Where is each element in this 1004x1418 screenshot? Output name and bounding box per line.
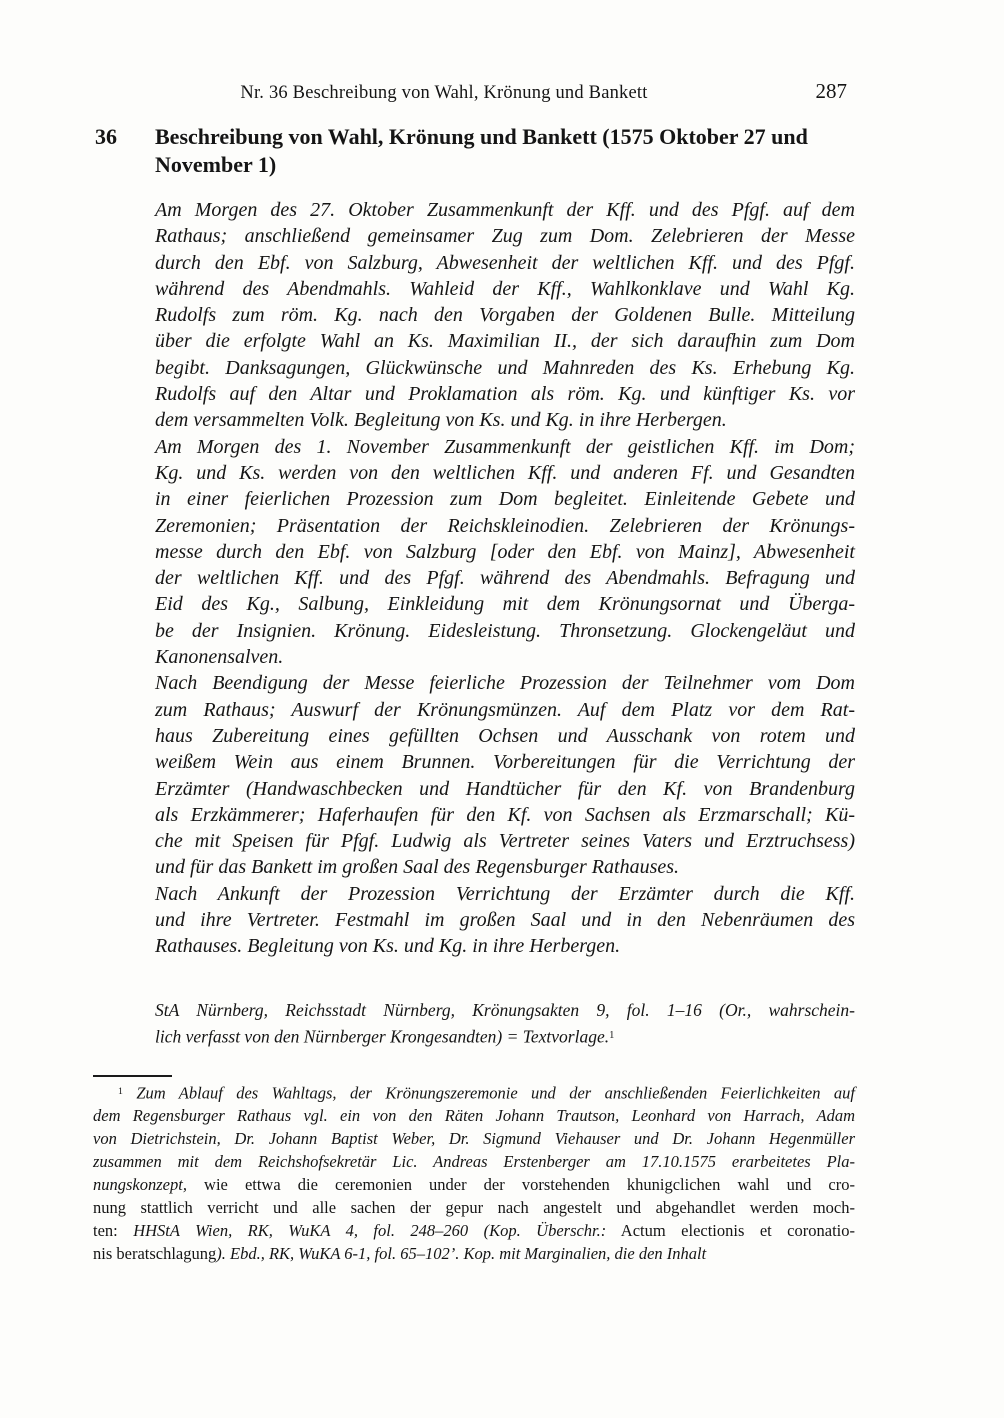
summary-text: Am Morgen des 27. Oktober Zusammenkunft … <box>155 197 855 960</box>
text-line: che mit Speisen für Pfgf. Ludwig als Ver… <box>155 828 855 854</box>
text-line: und für das Bankett im großen Saal des R… <box>155 854 855 880</box>
text-line: Rudolfs auf den Altar und Proklamation a… <box>155 381 855 407</box>
text-line: nis beratschlagung). Ebd., RK, WuKA 6-1,… <box>93 1242 855 1265</box>
text-line: nungskonzept, wie ettwa die ceremonien u… <box>93 1173 855 1196</box>
text-line: begibt. Danksagungen, Glückwünsche und M… <box>155 355 855 381</box>
text-line: Zeremonien; Präsentation der Reichsklein… <box>155 513 855 539</box>
text-segment: HHStA Wien, RK, WuKA 4, fol. 248–260 (Ko… <box>118 1221 607 1240</box>
text-line: Nach Ankunft der Prozession Verrichtung … <box>155 881 855 907</box>
text-line: über die erfolgte Wahl an Ks. Maximilian… <box>155 328 855 354</box>
text-line: zusammen mit dem Reichshofsekretär Lic. … <box>93 1150 855 1173</box>
text-segment: nungskonzept, <box>93 1175 187 1194</box>
text-line: zum Rathaus; Auswurf der Krönungsmünzen.… <box>155 697 855 723</box>
footnote-separator <box>93 1075 172 1077</box>
text-line: weißem Wein aus einem Brunnen. Vorbereit… <box>155 749 855 775</box>
summary-paragraph: Am Morgen des 1. November Zusammenkunft … <box>155 434 855 671</box>
text-segment: Actum electionis et coronatio- <box>606 1221 855 1240</box>
text-line: in einer feierlichen Prozession zum Dom … <box>155 486 855 512</box>
text-segment: ten: <box>93 1221 118 1240</box>
page-number: 287 <box>816 80 848 102</box>
text-line: ten: HHStA Wien, RK, WuKA 4, fol. 248–26… <box>93 1219 855 1242</box>
text-line: lich verfasst von den Nürnberger Kronges… <box>155 1023 855 1050</box>
text-line: während des Abendmahls. Wahleid der Kff.… <box>155 276 855 302</box>
text-line: Kg. und Ks. werden von den weltlichen Kf… <box>155 460 855 486</box>
text-line: durch den Ebf. von Salzburg, Abwesenheit… <box>155 250 855 276</box>
book-page: Nr. 36 Beschreibung von Wahl, Krönung un… <box>0 0 1004 1418</box>
document-number: 36 <box>95 123 117 151</box>
text-line: 1 Zum Ablauf des Wahltags, der Krönungsz… <box>93 1080 855 1104</box>
text-line: der weltlichen Kff. und des Pfgf. währen… <box>155 565 855 591</box>
text-line: November 1) <box>155 151 855 179</box>
source-reference: StA Nürnberg, Reichsstadt Nürnberg, Krön… <box>155 997 855 1050</box>
text-line: und ihre Vertreter. Festmahl im großen S… <box>155 907 855 933</box>
footnote-marker: 1 <box>609 1030 614 1041</box>
text-segment: lich verfasst von den Nürnberger Kronges… <box>155 1027 609 1047</box>
text-segment: Zum Ablauf des Wahltags, der Krönungszer… <box>123 1083 855 1102</box>
text-line: nung stattlich verricht und alle sachen … <box>93 1196 855 1219</box>
running-head: Nr. 36 Beschreibung von Wahl, Krönung un… <box>93 82 855 106</box>
text-line: dem Regensburger Rathaus vgl. ein von de… <box>93 1104 855 1127</box>
text-line: als Erzkämmerer; Haferhaufen für den Kf.… <box>155 802 855 828</box>
summary-paragraph: Am Morgen des 27. Oktober Zusammenkunft … <box>155 197 855 434</box>
text-line: Rathauses. Begleitung von Ks. und Kg. in… <box>155 933 855 959</box>
text-line: Nach Beendigung der Messe feierliche Pro… <box>155 670 855 696</box>
text-line: dem versammelten Volk. Begleitung von Ks… <box>155 407 855 433</box>
text-line: Eid des Kg., Salbung, Einkleidung mit de… <box>155 591 855 617</box>
text-line: Am Morgen des 1. November Zusammenkunft … <box>155 434 855 460</box>
text-segment: ). Ebd., RK, WuKA 6-1, fol. 65–102’. Kop… <box>216 1244 706 1263</box>
text-line: Rudolfs zum röm. Kg. nach den Vorgaben d… <box>155 302 855 328</box>
text-line: be der Insignien. Krönung. Eidesleistung… <box>155 618 855 644</box>
text-line: Beschreibung von Wahl, Krönung und Banke… <box>155 123 855 151</box>
text-line: Rathaus; anschließend gemeinsamer Zug zu… <box>155 223 855 249</box>
text-line: von Dietrichstein, Dr. Johann Baptist We… <box>93 1127 855 1150</box>
text-segment: nis beratschlagung <box>93 1244 216 1263</box>
text-line: Am Morgen des 27. Oktober Zusammenkunft … <box>155 197 855 223</box>
summary-paragraph: Nach Ankunft der Prozession Verrichtung … <box>155 881 855 960</box>
text-segment: wie ettwa die ceremonien under der vorst… <box>187 1175 855 1194</box>
document-heading: Beschreibung von Wahl, Krönung und Banke… <box>155 123 855 179</box>
text-line: Kanonensalven. <box>155 644 855 670</box>
summary-paragraph: Nach Beendigung der Messe feierliche Pro… <box>155 670 855 880</box>
text-line: StA Nürnberg, Reichsstadt Nürnberg, Krön… <box>155 997 855 1023</box>
text-segment: nung stattlich verricht und alle sachen … <box>93 1198 855 1217</box>
text-line: messe durch den Ebf. von Salzburg [oder … <box>155 539 855 565</box>
text-line: haus Zubereitung eines gefüllten Ochsen … <box>155 723 855 749</box>
running-head-title: Nr. 36 Beschreibung von Wahl, Krönung un… <box>93 82 795 104</box>
text-line: Erzämter (Handwaschbecken und Handtücher… <box>155 776 855 802</box>
footnote-1: 1 Zum Ablauf des Wahltags, der Krönungsz… <box>93 1080 855 1265</box>
